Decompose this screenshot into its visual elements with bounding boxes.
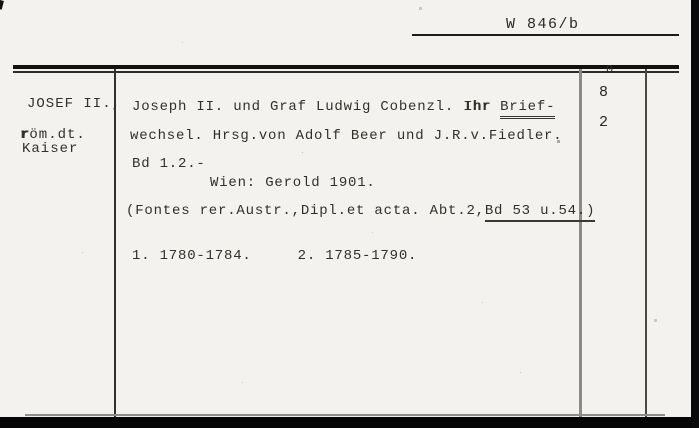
number-column-divider-right (645, 69, 647, 417)
series-statement-start: (Fontes rer.Austr.,Dipl.et acta. Abt.2, (126, 203, 485, 219)
margin-number-upper: 8 (599, 85, 608, 100)
title-line-1-underlined: Brief- (500, 99, 555, 119)
contents-note: 1. 1780-1784. 2. 1785-1790. (132, 249, 417, 263)
series-statement: (Fontes rer.Austr.,Dipl.et acta. Abt.2,B… (126, 204, 595, 218)
title-line-2: wechsel. Hrsg.von Adolf Beer und J.R.v.F… (130, 129, 562, 143)
margin-number-lower: 2 (599, 115, 608, 130)
call-number-underline (412, 34, 679, 36)
catalog-card-scan: W 846/b JOSEF II., röm.dt. Kaiser 0 8 2 … (0, 0, 699, 428)
title-line-1: Joseph II. und Graf Ludwig Cobenzl. Ihr … (132, 100, 555, 114)
scan-black-band-bottom (0, 417, 699, 428)
series-statement-paren: ) (586, 203, 595, 222)
volume-statement: Bd 1.2.- (132, 157, 206, 171)
heading-column-divider (114, 69, 116, 417)
heading-name: JOSEF II., (27, 97, 121, 111)
title-line-1-ihr: Ihr (463, 99, 500, 115)
number-column-divider-left (579, 69, 582, 417)
imprint-statement: Wien: Gerold 1901. (210, 176, 376, 190)
call-number: W 846/b (506, 17, 580, 32)
margin-number-top: 0 (606, 64, 613, 76)
scan-black-band-right (691, 0, 699, 428)
card-bottom-edge (25, 414, 665, 416)
paper-noise-specks (0, 0, 1, 1)
heading-epithet-line2: Kaiser (22, 142, 78, 156)
title-line-1-start: Joseph II. und Graf Ludwig Cobenzl. (132, 99, 463, 115)
scan-corner-mark (0, 0, 4, 10)
heading-epithet-line1: röm.dt. (20, 128, 86, 142)
series-statement-underlined: Bd 53 u.54. (485, 203, 586, 222)
